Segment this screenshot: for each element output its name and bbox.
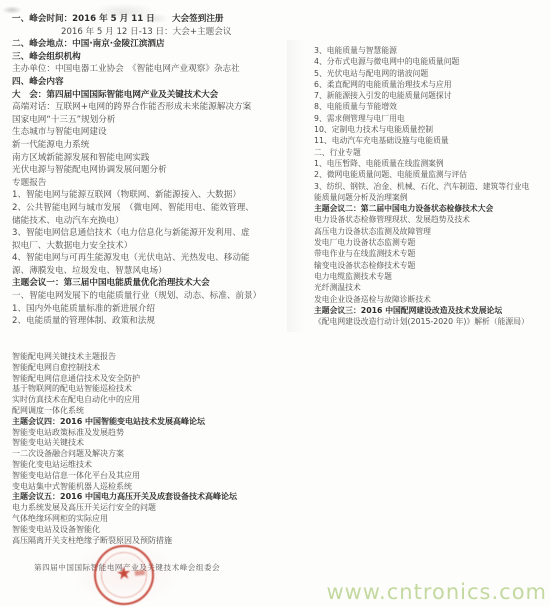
text-line: 实时仿真技术在配电自动化中的应用 [12,395,284,406]
text-line: 配网调度一体化系统 [12,406,284,417]
section-heading: 主题会议二：第二届中国电力设备状态检修技术大会 [314,203,548,214]
red-seal-icon: ★ [91,542,157,607]
text-line: 3、智能电网信息通信技术（电力信息化与新能源开发利用、虚 [12,227,284,240]
text-line: 能质量问题分析及治理案例 [314,192,548,203]
text-line: 智能变电站及设备智能化 [12,525,284,536]
text-line: 高压电力设备状态监测及故障管理 [314,226,548,237]
section-heading: 二、峰会地点：中国·南京·金陵江滨酒店 [12,38,284,51]
text-line: 光伏电源与智能配电网协调发展问题分析 [12,164,284,177]
text-line: 8、电能质量与节能增效 [314,101,548,112]
text-line: 1、智能电网与能源互联网（物联网、新能源接入、大数据） [12,189,284,202]
text-line: 主办单位：中国电器工业协会 《智能电网产业观察》杂志社 [12,63,284,76]
text-line: 基于物联网的配电站智能巡检技术 [12,384,284,395]
text-line: 国家电网“十三五”规划分析 [12,114,284,127]
scanned-document-page: 一、峰会时间：2016 年 5 月 11 日 大会签到注册2016 年 5 月 … [0,0,550,607]
text-line: 拟电厂、大数据电力安全技术） [12,240,284,253]
text-line: 一二次设备融合问题及解决方案 [12,449,284,460]
right-column-agenda: 3、电能质量与智慧能源4、分布式电源与微电网中的电能质量问题5、光伏电站与配电网… [314,45,548,327]
page-fold-streak [287,40,304,332]
text-line: 一、智能电网发展下的电能质量行业（规划、动态、标准、前景） [12,290,284,303]
section-heading: 三、峰会组织机构 [12,51,284,64]
text-line: 2、公共智能电网与城市发展 （微电网、智能用电、能效管理、 [12,202,284,215]
text-line: 气体绝缘环网柜的实际应用 [12,514,284,525]
text-line: 10、定制电力技术与电能质量控制 [314,124,548,135]
text-line: 源、薄膜发电、垃圾发电、智慧风电场） [12,265,284,278]
text-line: 智能配电网关键技术主题报告 [12,352,284,363]
text-line: 新一代能源电力系统 [12,139,284,152]
text-line: 智能化变电站运维技术 [12,460,284,471]
section-heading: 四、峰会内容 [12,76,284,89]
text-line: 5、光伏电站与配电网的谐波问题 [314,68,548,79]
watermark-text: www.cntronics.com [326,580,547,604]
text-line: 发电厂电力设备状态监测专题 [314,237,548,248]
text-line: 输变电设备状态检修技术专题 [314,260,548,271]
section-heading: 主题会议一：第三届中国电能质量优化治理技术大会 [12,277,284,290]
text-line: 9、需求侧管理与电厂用电 [314,113,548,124]
section-heading: 大 会：第四届中国国际智能电网产业及关键技术大会 [12,89,284,102]
text-line: 二、行业专题 [314,147,548,158]
text-line: 2、电能质量的管理体制、政策和法规 [12,315,284,328]
text-line: 变电站集中式智能机器人巡检系统 [12,482,284,493]
text-line: 智能配电网信息通信技术及安全防护 [12,374,284,385]
section-heading: 主题会议四：2016 中国智能变电站技术发展高峰论坛 [12,417,284,428]
text-line: 带电作业与在线监测技术专题 [314,248,548,259]
text-line: 智能变电站关键技术 [12,438,284,449]
text-line: 专题报告 [12,177,284,190]
text-line: 4、智能电网与可再生能源发电（光伏电站、光热发电、移动能 [12,252,284,265]
text-line: 1、国内外电能质量标准的新进展介绍 [12,303,284,316]
text-line: 光纤测温技术 [314,282,548,293]
text-line: 智能配电网自愈控制技术 [12,363,284,374]
text-line: 生态城市与智能电网建设 [12,126,284,139]
text-line: 4、分布式电源与微电网中的电能质量问题 [314,56,548,67]
text-line: 电力电缆监测技术专题 [314,271,548,282]
left-column-agenda-bottom: 智能配电网关键技术主题报告智能配电网自愈控制技术智能配电网信息通信技术及安全防护… [12,352,284,546]
text-line: 南方区域新能源发展和智能电网实践 [12,152,284,165]
text-line: 1、电压暂降、电能质量在线监测案例 [314,158,548,169]
star-icon: ★ [115,565,132,584]
left-column-agenda-top: 一、峰会时间：2016 年 5 月 11 日 大会签到注册2016 年 5 月 … [12,13,284,328]
section-heading: 主题会议五：2016 中国电力高压开关及成套设备技术高峰论坛 [12,492,284,503]
text-line: 2016 年 5 月 12 日-13 日：大会+主题会议 [12,26,284,39]
text-line: 储能技术、电动汽车充换电） [12,215,284,228]
text-line: 高端对话：互联网+电网的跨界合作能否形成未来能源解决方案 [12,101,284,114]
text-line: 智能变电站政策标准及发展趋势 [12,428,284,439]
text-line: 电力系统发展及高压开关运行安全的问题 [12,503,284,514]
text-line: 发电企业设备巡检与故障诊断技术 [314,294,548,305]
text-line: 11、电动汽车充电基础设施与电能质量 [314,135,548,146]
text-line: 3、纺织、钢铁、冶金、机械、石化、汽车制造、建筑等行业电 [314,181,548,192]
seal-inner-mark [135,570,145,576]
text-line: 7、新能源接入引发的电能质量问题探讨 [314,90,548,101]
text-line: 3、电能质量与智慧能源 [314,45,548,56]
section-heading: 主题会议三：2016 中国配网建设改造及技术发展论坛 [314,305,548,316]
section-heading: 一、峰会时间：2016 年 5 月 11 日 大会签到注册 [12,13,284,26]
text-line: 2、微网电能质量问题、电能质量监测与评估 [314,169,548,180]
text-line: 《配电网建设改造行动计划(2015-2020 年)》解析（能源局） [314,316,548,327]
text-line: 6、柔直配网的电能质量治理技术与应用 [314,79,548,90]
text-line: 电力设备状态检修管理现状、发展趋势及技术 [314,214,548,225]
text-line: 智能变电站信息一体化平台及其应用 [12,471,284,482]
